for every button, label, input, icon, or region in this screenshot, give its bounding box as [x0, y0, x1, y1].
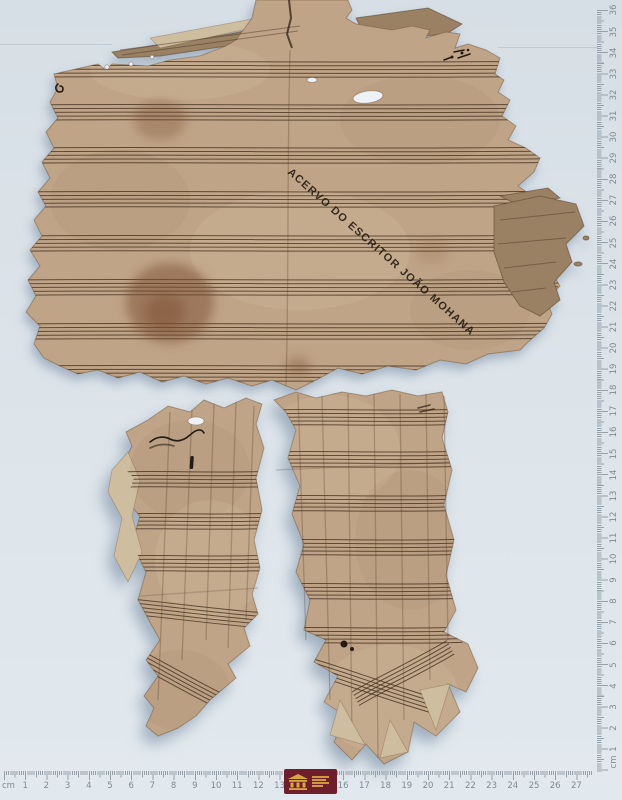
ruler-number: 21 [444, 782, 455, 791]
ruler-number: 7 [610, 620, 619, 625]
ruler-number: 4 [610, 683, 619, 688]
ruler-number: 11 [232, 782, 243, 791]
ruler-number: 23 [610, 279, 619, 290]
ruler-number: 2 [610, 725, 619, 730]
ruler-number: 3 [65, 782, 70, 791]
ruler-number: 33 [610, 68, 619, 79]
ruler-number: 8 [610, 598, 619, 603]
ruler-number: 12 [610, 511, 619, 522]
ruler-number: 26 [550, 782, 561, 791]
ruler-number: 7 [150, 782, 155, 791]
ruler-number: 2 [44, 782, 49, 791]
ruler-number: 17 [359, 782, 370, 791]
ruler-number: 18 [610, 385, 619, 396]
ruler-number: 24 [610, 258, 619, 269]
ruler-number: 20 [610, 343, 619, 354]
ruler-number: 30 [610, 132, 619, 143]
ruler-number: 6 [128, 782, 133, 791]
ruler-number: 23 [486, 782, 497, 791]
ruler-number: 22 [610, 300, 619, 311]
ruler-number: 21 [610, 321, 619, 332]
manuscript-fragment-bottom [108, 390, 478, 764]
ruler-number: 19 [610, 364, 619, 375]
ruler-number: 16 [338, 782, 349, 791]
ruler-right-unit: cm [610, 756, 619, 769]
ruler-number: 34 [610, 47, 619, 58]
ruler-number: 19 [401, 782, 412, 791]
ruler-number: 22 [465, 782, 476, 791]
ruler-number: 12 [253, 782, 264, 791]
archive-logo-text-lines [312, 776, 329, 787]
ruler-number: 13 [610, 490, 619, 501]
ruler-number: 18 [380, 782, 391, 791]
ruler-number: 25 [529, 782, 540, 791]
manuscript-artwork: ACERVO DO ESCRITOR JOÃO MOHANA [0, 0, 622, 800]
ruler-number: 10 [211, 782, 222, 791]
ruler-right: cm 1234567891011121314151617181920212223… [597, 0, 622, 772]
ruler-number: 28 [610, 174, 619, 185]
ruler-number: 27 [610, 195, 619, 206]
ruler-number: 26 [610, 216, 619, 227]
ruler-number: 16 [610, 427, 619, 438]
ruler-number: 9 [192, 782, 197, 791]
scan-canvas: ACERVO DO ESCRITOR JOÃO MOHANA [0, 0, 622, 800]
ruler-number: 14 [610, 469, 619, 480]
ruler-number: 36 [610, 5, 619, 16]
ruler-number: 3 [610, 704, 619, 709]
ruler-number: 32 [610, 89, 619, 100]
ruler-number: 35 [610, 26, 619, 37]
ruler-bottom-unit: cm [2, 782, 15, 791]
building-icon [287, 773, 309, 791]
ruler-number: 15 [610, 448, 619, 459]
ruler-number: 20 [423, 782, 434, 791]
ruler-number: 5 [610, 662, 619, 667]
ruler-number: 17 [610, 406, 619, 417]
archive-logo [284, 769, 337, 794]
ruler-number: 9 [610, 577, 619, 582]
ruler-number: 25 [610, 237, 619, 248]
ruler-number: 27 [571, 782, 582, 791]
ruler-number: 6 [610, 641, 619, 646]
ruler-number: 11 [610, 532, 619, 543]
ruler-number: 8 [171, 782, 176, 791]
ruler-number: 4 [86, 782, 91, 791]
ruler-number: 29 [610, 153, 619, 164]
ruler-number: 24 [507, 782, 518, 791]
ruler-number: 1 [22, 782, 27, 791]
ruler-number: 5 [107, 782, 112, 791]
paper-crumb [574, 262, 582, 266]
paper-crumb [583, 236, 589, 240]
ruler-number: 1 [610, 746, 619, 751]
ruler-number: 31 [610, 110, 619, 121]
manuscript-fragment-top: ACERVO DO ESCRITOR JOÃO MOHANA [18, 0, 589, 390]
ruler-number: 10 [610, 554, 619, 565]
